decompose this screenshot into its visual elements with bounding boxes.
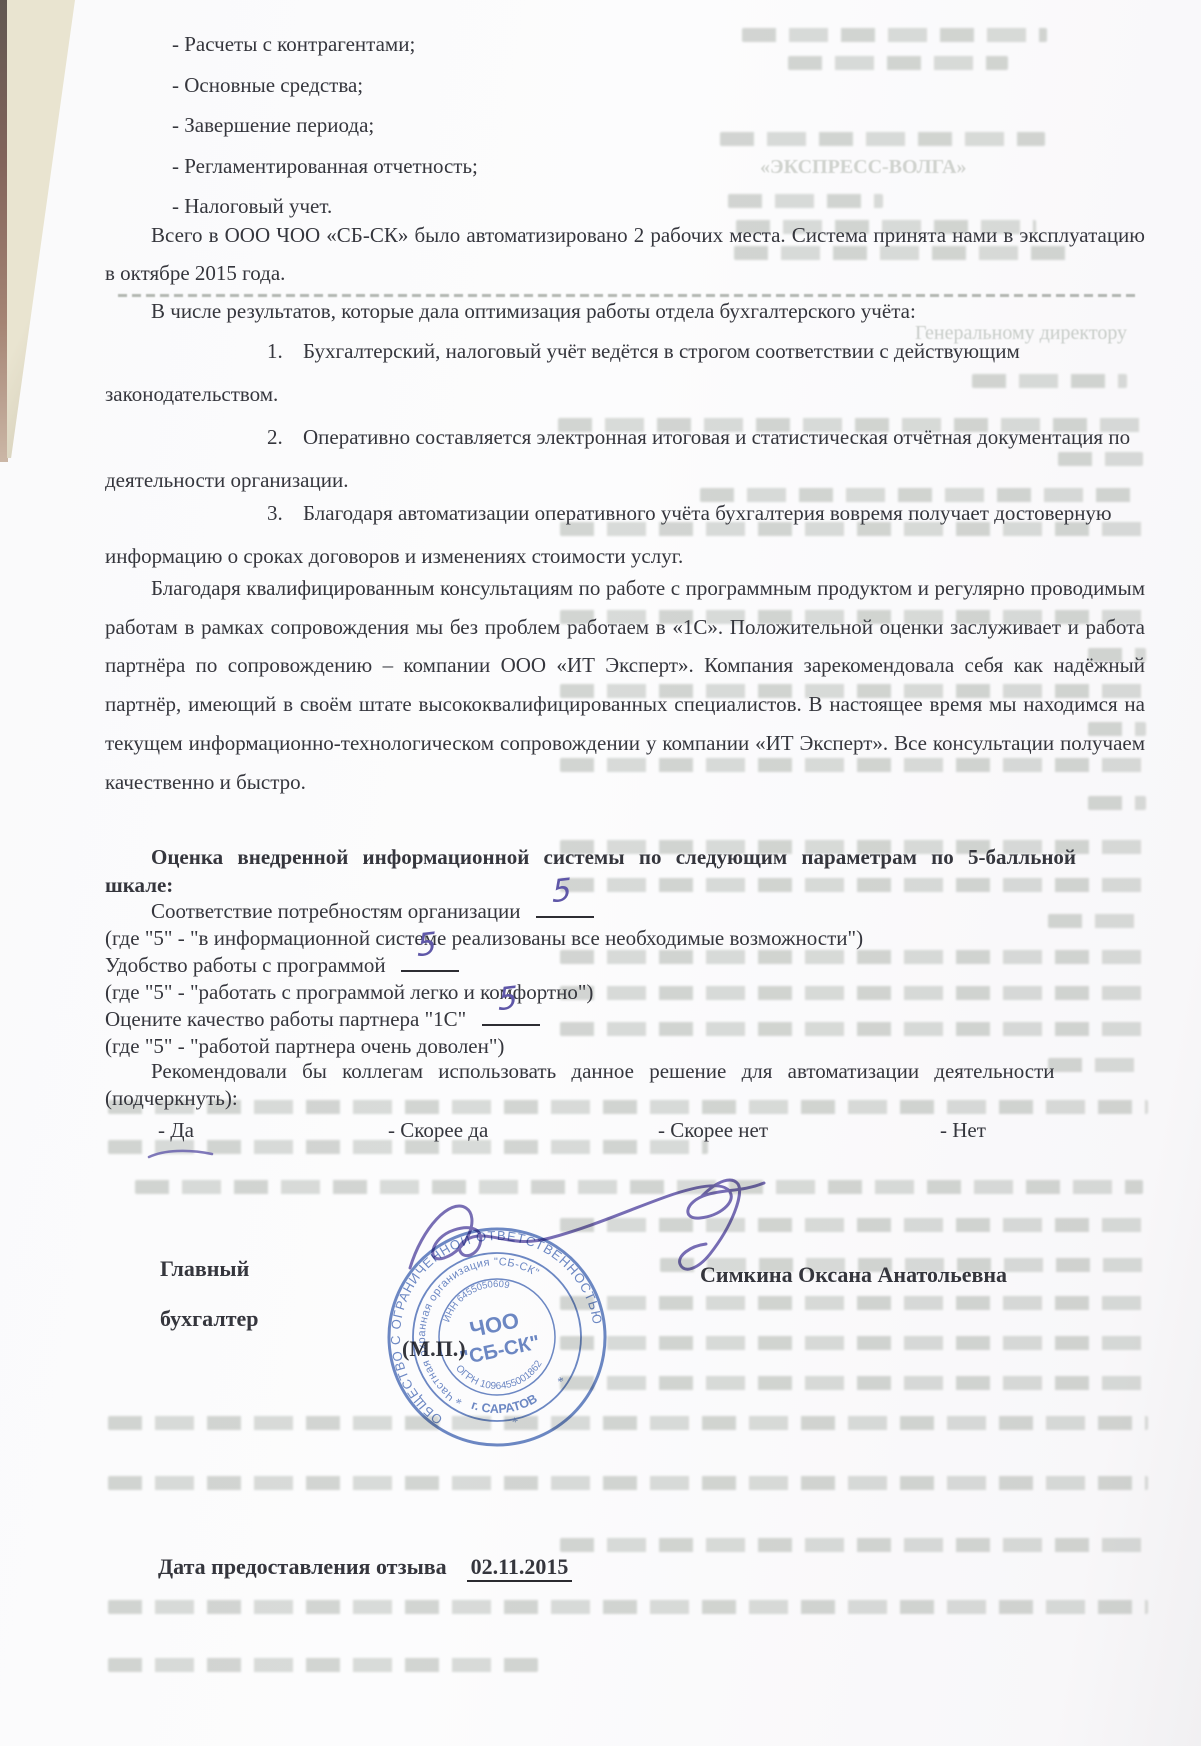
rating-blank: 5 — [401, 966, 459, 972]
stamp-star: * — [556, 1373, 565, 1389]
rating-note: (где "5" - "работать с программой легко … — [105, 979, 1165, 1006]
date-line: Дата предоставления отзыва 02.11.2015 — [158, 1554, 572, 1582]
rating-heading-line2: шкале: — [105, 873, 173, 897]
rating-note: (где "5" - "работой партнера очень довол… — [105, 1033, 1165, 1060]
body-paragraph: Благодаря квалифицированным консультация… — [105, 569, 1145, 801]
item-number: 3. — [267, 492, 303, 535]
bleed-through-stripe — [728, 194, 883, 208]
rating-label: Удобство работы с программой — [105, 953, 386, 977]
scanned-document-page: Генеральному директору «ЭКСПРЕСС-ВОЛГА» … — [0, 0, 1201, 1746]
stamp-center-line2: "СБ-СК" — [458, 1332, 542, 1370]
rating-heading: Оценка внедренной информационной системы… — [105, 843, 1145, 899]
stamp-star: * — [454, 1395, 463, 1411]
signer-title-line1: Главный — [160, 1256, 249, 1282]
numbered-item-1: 1.Бухгалтерский, налоговый учёт ведётся … — [105, 330, 1145, 416]
bullet-list: - Расчеты с контрагентами; - Основные ср… — [172, 24, 478, 227]
item-text: Благодаря автоматизации оперативного учё… — [105, 501, 1112, 568]
item-number: 2. — [267, 416, 303, 459]
numbered-item-2: 2.Оперативно составляется электронная ит… — [105, 416, 1145, 502]
rating-blank: 5 — [482, 1020, 540, 1026]
item-number: 1. — [267, 330, 303, 373]
bullet-item: - Основные средства; — [172, 65, 478, 106]
rating-row: Соответствие потребностям организации 5 — [151, 898, 1165, 925]
bleed-through-stripe — [560, 1376, 1145, 1390]
intro-paragraph: Всего в ООО ЧОО «СБ-СК» было автоматизир… — [105, 216, 1145, 292]
bleed-through-stripe — [108, 1416, 1148, 1430]
bleed-through-stripe — [720, 132, 1045, 146]
rating-note: (где "5" - "в информационной системе реа… — [105, 925, 1165, 952]
bleed-through-stripe — [108, 1658, 538, 1672]
rating-row: Удобство работы с программой 5 — [105, 952, 1165, 979]
signer-title-line2: бухгалтер — [160, 1306, 259, 1332]
item-text: Бухгалтерский, налоговый учёт ведётся в … — [105, 339, 1020, 406]
recommend-question: Рекомендовали бы коллегам использовать д… — [105, 1058, 1145, 1112]
bleed-through-stripe — [742, 28, 1047, 42]
bleed-through-stripe — [108, 1476, 1148, 1490]
bleed-through-stripe — [560, 1336, 1145, 1350]
handwritten-score: 5 — [497, 985, 517, 1015]
stamp-star: * — [510, 1414, 519, 1430]
option-rather-no: - Скорее нет — [658, 1118, 768, 1143]
bleed-through-stripe — [560, 1296, 1145, 1310]
numbered-item-3: 3.Благодаря автоматизации оперативного у… — [105, 492, 1145, 578]
signature-stroke-icon — [380, 1150, 800, 1285]
date-value: 02.11.2015 — [467, 1554, 573, 1582]
option-rather-yes: - Скорее да — [388, 1118, 488, 1143]
ratings-block: Соответствие потребностям организации 5 … — [105, 898, 1165, 1060]
bullet-item: - Расчеты с контрагентами; — [172, 24, 478, 65]
rating-blank: 5 — [536, 912, 594, 918]
date-label: Дата предоставления отзыва — [158, 1554, 447, 1582]
handwritten-score: 5 — [417, 931, 437, 961]
rating-heading-line1: Оценка внедренной информационной системы… — [151, 845, 1076, 869]
option-yes: - Да — [158, 1118, 194, 1143]
handwritten-score: 5 — [552, 877, 572, 907]
bullet-item: - Регламентированная отчетность; — [172, 146, 478, 187]
bullet-item: - Завершение периода; — [172, 105, 478, 146]
rating-row: Оцените качество работы партнера "1С" 5 — [105, 1006, 1165, 1033]
bleed-through-stripe — [108, 1600, 1148, 1614]
option-no: - Нет — [940, 1118, 986, 1143]
bleed-through-stripe — [560, 1538, 1145, 1552]
handwritten-underline-yes — [146, 1146, 216, 1162]
recommend-line2: (подчеркнуть): — [105, 1086, 238, 1110]
bleed-through-stripe — [788, 56, 1008, 70]
rating-label: Соответствие потребностям организации — [151, 899, 521, 923]
item-text: Оперативно составляется электронная итог… — [105, 425, 1130, 492]
results-heading: В числе результатов, которые дала оптими… — [105, 292, 1145, 330]
recommend-line1: Рекомендовали бы коллегам использовать д… — [151, 1059, 1055, 1083]
rating-label: Оцените качество работы партнера "1С" — [105, 1007, 466, 1031]
